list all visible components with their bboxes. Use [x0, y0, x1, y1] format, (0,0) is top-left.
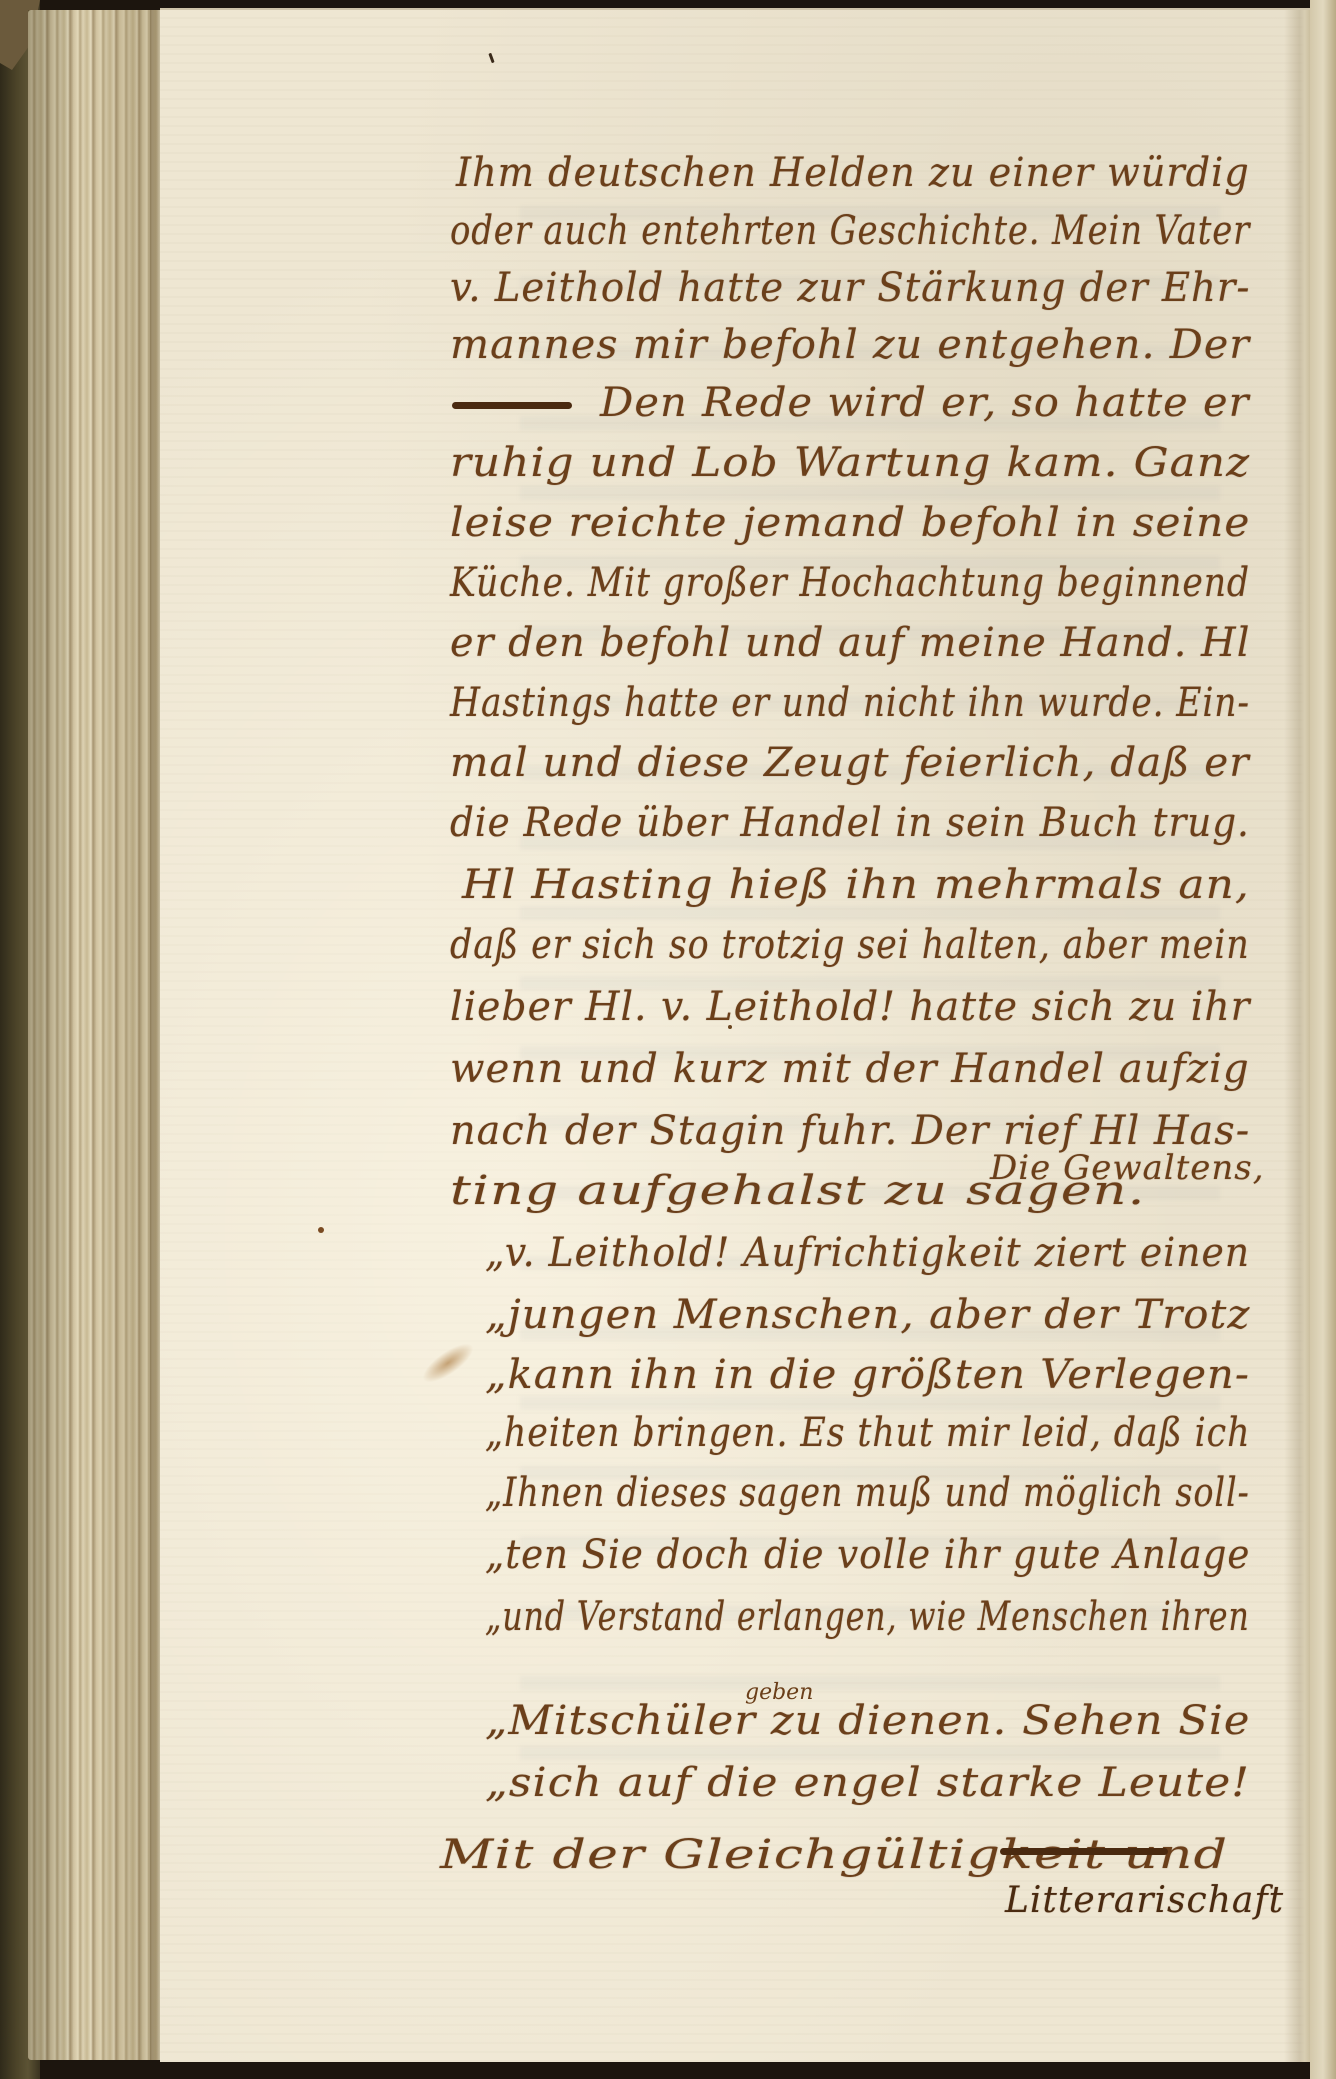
text-line: lieber Hl. v. Leithold! hatte sich zu ih… — [450, 984, 1250, 1030]
text-line: Hastings hatte er und nicht ihn wurde. E… — [450, 680, 1250, 726]
handwritten-text: Ihm deutschen Helden zu einer würdig ode… — [0, 0, 1336, 2079]
text-line: Küche. Mit großer Hochachtung beginnend — [450, 560, 1250, 606]
correction-text: Litterarischaft — [1005, 1880, 1284, 1921]
text-line: „jungen Menschen, aber der Trotz — [485, 1292, 1250, 1338]
text-line: mal und diese Zeugt feierlich, daß er — [450, 740, 1250, 786]
text-line: „Mitschüler zu dienen. Sehen Sie — [485, 1698, 1250, 1744]
text-line: „und Verstand erlangen, wie Menschen ihr… — [485, 1594, 1250, 1640]
strikethrough-mark — [452, 402, 572, 409]
text-line: Hl Hasting hieß ihn mehrmals an, — [462, 862, 1250, 908]
text-line: er den befohl und auf meine Hand. Hl — [450, 620, 1250, 666]
text-line: daß er sich so trotzig sei halten, aber … — [450, 922, 1250, 968]
text-line: ruhig und Lob Wartung kam. Ganz — [450, 440, 1250, 486]
text-line: leise reichte jemand befohl in seine — [450, 500, 1250, 546]
text-line: oder auch entehrten Geschichte. Mein Vat… — [450, 208, 1250, 254]
manuscript-scan: Ihm deutschen Helden zu einer würdig ode… — [0, 0, 1336, 2079]
text-line: mannes mir befohl zu entgehen. Der — [450, 322, 1250, 368]
text-line: „Ihnen dieses sagen muß und möglich soll… — [485, 1470, 1250, 1516]
text-line: v. Leithold hatte zur Stärkung der Ehr- — [450, 265, 1250, 311]
text-line: Mit der Gleichgültigkeit und — [440, 1832, 1228, 1878]
text-line: die Rede über Handel in sein Buch trug. — [450, 800, 1250, 846]
marginal-note: Die Gewaltens, — [990, 1148, 1265, 1188]
text-line: Den Rede wird er, so hatte er — [600, 380, 1250, 426]
text-line: „v. Leithold! Aufrichtigkeit ziert einen — [485, 1230, 1250, 1276]
text-line: wenn und kurz mit der Handel aufzig — [450, 1046, 1250, 1092]
strikethrough-mark — [1000, 1848, 1168, 1855]
text-line: „sich auf die engel starke Leute! — [485, 1760, 1250, 1806]
text-line: „ten Sie doch die volle ihr gute Anlage — [485, 1532, 1250, 1578]
text-line: Ihm deutschen Helden zu einer würdig — [456, 150, 1221, 196]
text-line: „heiten bringen. Es thut mir leid, daß i… — [485, 1410, 1250, 1456]
text-line: „kann ihn in die größten Verlegen- — [485, 1352, 1250, 1398]
